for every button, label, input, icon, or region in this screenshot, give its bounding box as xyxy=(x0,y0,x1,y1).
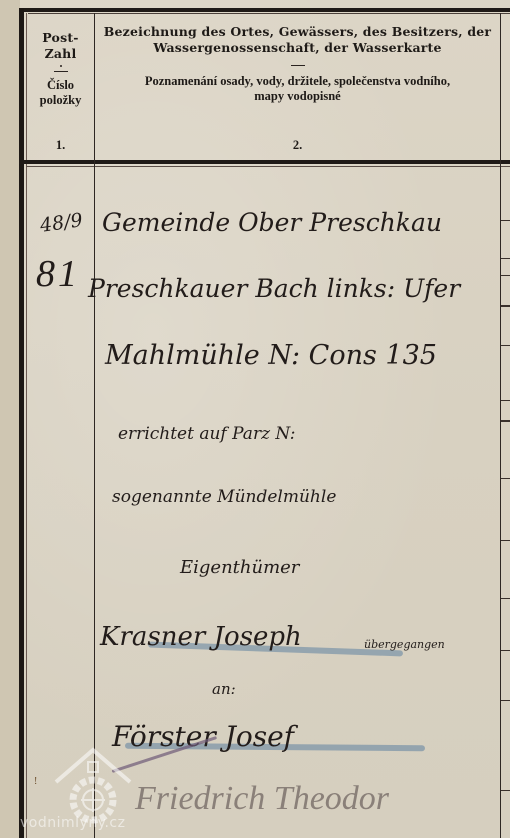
column-number-2: 2. xyxy=(95,138,500,153)
next-column-ink xyxy=(501,220,510,221)
entry-line-mill-name: sogenannte Mündelmühle xyxy=(112,487,336,507)
left-frame-rule xyxy=(19,8,24,838)
header-separator-dot xyxy=(60,65,62,67)
header-col2-czech-2: mapy vodopisné xyxy=(95,89,500,104)
column-divider-2 xyxy=(500,13,501,838)
entry-line-owner-3-pencil: Friedrich Theodor xyxy=(135,780,389,818)
next-column-ink xyxy=(501,478,510,479)
entry-line-owner-label: Eigenthümer xyxy=(180,557,299,578)
header-col2: Bezeichnung des Ortes, Gewässers, des Be… xyxy=(95,24,500,104)
entry-line-stream: Preschkauer Bach links: Ufer xyxy=(88,274,460,303)
entry-line-to: an: xyxy=(212,680,236,698)
header-col2-german-2: Wassergenossenschaft, der Wasserkarte xyxy=(95,40,500,56)
header-col1-german-2: Zahl xyxy=(27,46,94,62)
next-column-ink xyxy=(501,598,510,599)
document-page xyxy=(0,0,510,838)
header-bottom-rule-thin xyxy=(26,166,510,167)
top-rule-thin xyxy=(28,13,510,14)
header-separator xyxy=(54,71,68,72)
margin-mark: ǃ xyxy=(34,776,37,787)
entry-line-owner-1: Krasner Joseph xyxy=(100,622,302,652)
next-column-ink xyxy=(501,420,510,422)
watermark-text: vodnimlyny.cz xyxy=(20,815,125,831)
entry-line-owner-2: Förster Josef xyxy=(112,720,294,753)
header-col2-german-1: Bezeichnung des Ortes, Gewässers, des Be… xyxy=(95,24,500,40)
next-column-ink xyxy=(501,258,510,259)
entry-line-transferred: übergegangen xyxy=(364,638,445,651)
next-column-ink xyxy=(501,275,510,276)
next-column-ink xyxy=(501,345,510,346)
header-col1-czech-2: položky xyxy=(27,93,94,108)
next-column-ink xyxy=(501,540,510,541)
column-number-1: 1. xyxy=(27,138,94,153)
header-col1-czech-1: Číslo xyxy=(27,78,94,93)
page-margin xyxy=(0,0,20,838)
post-number: 81 xyxy=(36,252,80,296)
next-column-ink xyxy=(501,790,510,791)
next-column-ink xyxy=(501,700,510,701)
entry-line-mill: Mahlmühle N: Cons 135 xyxy=(105,340,437,371)
left-frame-rule-thin xyxy=(26,13,27,838)
header-col1-german-1: Post- xyxy=(27,30,94,46)
next-column-ink xyxy=(501,400,510,401)
entry-line-municipality: Gemeinde Ober Preschkau xyxy=(102,208,442,237)
header-separator xyxy=(291,65,305,66)
header-bottom-rule xyxy=(19,160,510,164)
column-divider-1 xyxy=(94,13,95,838)
header-col2-czech-1: Poznamenání osady, vody, držitele, spole… xyxy=(95,74,500,89)
header-col1: Post- Zahl Číslo položky xyxy=(27,30,94,108)
next-column-ink xyxy=(501,650,510,651)
entry-line-parcel: errichtet auf Parz N: xyxy=(118,424,295,444)
top-rule xyxy=(24,8,510,12)
next-column-ink xyxy=(501,305,510,307)
